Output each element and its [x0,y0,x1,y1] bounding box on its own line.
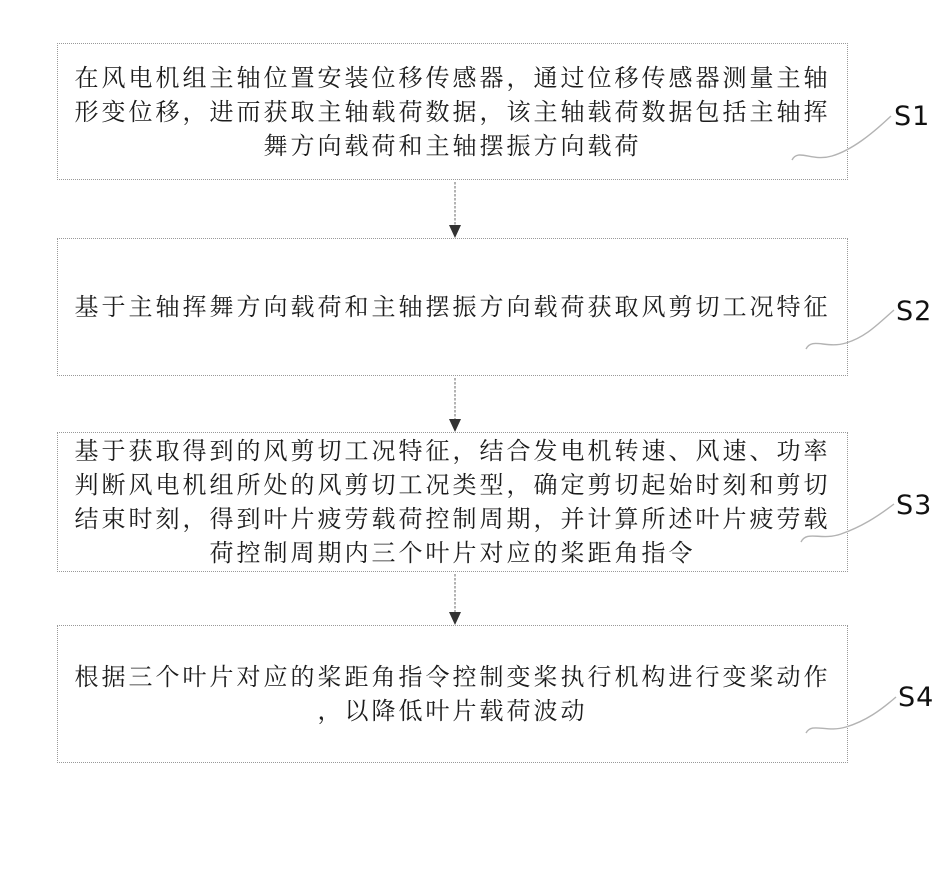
step-text-line: 形变位移，进而获取主轴载荷数据，该主轴载荷数据包括主轴挥 [75,95,831,129]
step-box-s2: 基于主轴挥舞方向载荷和主轴摆振方向载荷获取风剪切工况特征 [57,238,848,376]
step-text-line: 判断风电机组所处的风剪切工况类型，确定剪切起始时刻和剪切 [75,468,831,502]
down-arrowhead-icon [449,419,461,432]
flowchart-figure: 在风电机组主轴位置安装位移传感器，通过位移传感器测量主轴 形变位移，进而获取主轴… [0,0,950,886]
step-text-line: 结束时刻，得到叶片疲劳载荷控制周期，并计算所述叶片疲劳载 [75,502,831,536]
step-label-s3: S3 [896,490,932,521]
step-text-line: 舞方向载荷和主轴摆振方向载荷 [264,129,642,163]
step-box-s1: 在风电机组主轴位置安装位移传感器，通过位移传感器测量主轴 形变位移，进而获取主轴… [57,43,848,180]
step-text-line: ，以降低叶片载荷波动 [318,694,588,728]
step-label-s1: S1 [894,101,930,132]
step-text-line: 在风电机组主轴位置安装位移传感器，通过位移传感器测量主轴 [75,61,831,95]
step-text-line: 根据三个叶片对应的桨距角指令控制变桨执行机构进行变桨动作 [75,660,831,694]
down-arrowhead-icon [449,225,461,238]
step-box-s3: 基于获取得到的风剪切工况特征，结合发电机转速、风速、功率 判断风电机组所处的风剪… [57,432,848,572]
step-label-s4: S4 [898,682,934,713]
step-box-s4: 根据三个叶片对应的桨距角指令控制变桨执行机构进行变桨动作 ，以降低叶片载荷波动 [57,625,848,763]
step-text-line: 基于获取得到的风剪切工况特征，结合发电机转速、风速、功率 [75,434,831,468]
down-arrowhead-icon [449,612,461,625]
step-text-line: 基于主轴挥舞方向载荷和主轴摆振方向载荷获取风剪切工况特征 [75,290,831,324]
step-text-line: 荷控制周期内三个叶片对应的桨距角指令 [210,536,696,570]
step-label-s2: S2 [896,296,932,327]
